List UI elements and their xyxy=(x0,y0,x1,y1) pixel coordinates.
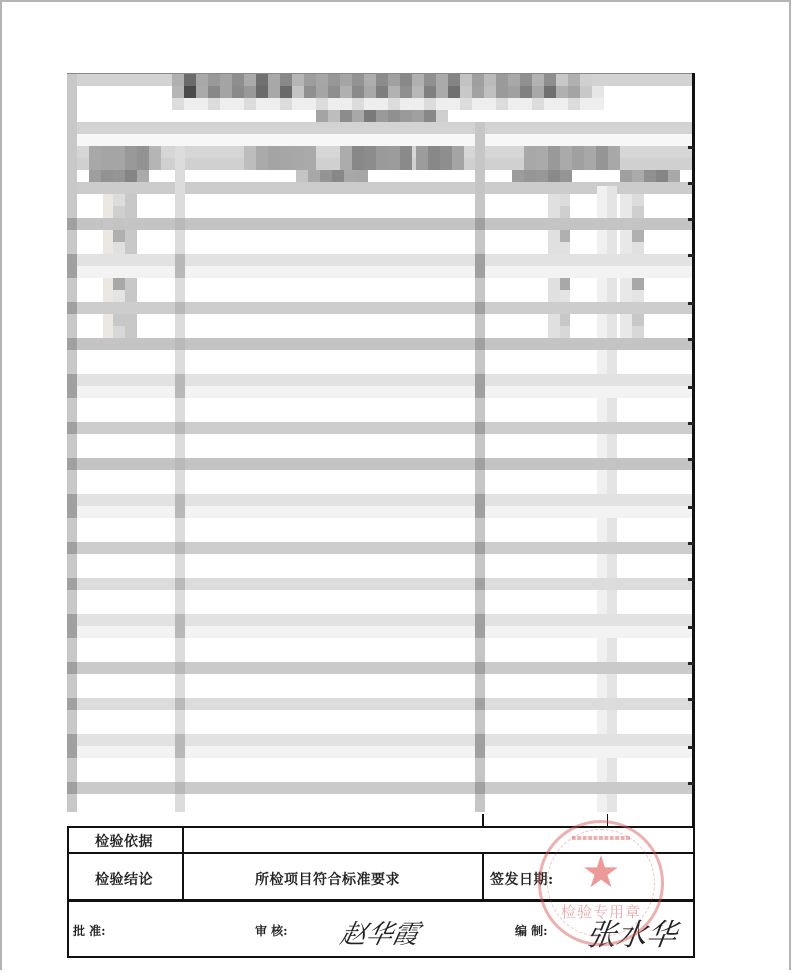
seal-label: 检验专用章 xyxy=(541,901,661,922)
row-tick xyxy=(688,254,694,257)
row-tick xyxy=(688,698,694,701)
row-tick xyxy=(688,746,694,749)
row-tick xyxy=(688,578,694,581)
column-line xyxy=(182,826,184,900)
basis-label: 检验依据 xyxy=(95,831,153,851)
row-tick xyxy=(688,302,694,305)
row-tick xyxy=(688,626,694,629)
official-seal: ▪▪▪▪▪▪▪▪▪▪▪ ★ 检验专用章 xyxy=(538,820,664,946)
row-tick xyxy=(688,458,694,461)
approve-label: 批 准: xyxy=(73,922,106,939)
review-signature: 赵华霞 xyxy=(337,914,423,951)
row-tick xyxy=(688,386,694,389)
seal-ring-text: ▪▪▪▪▪▪▪▪▪▪▪ xyxy=(541,833,661,842)
row-tick xyxy=(688,218,694,221)
row-tick xyxy=(688,422,694,425)
row-tick xyxy=(688,506,694,509)
row-tick xyxy=(688,338,694,341)
row-tick xyxy=(688,182,694,185)
review-label: 审 核: xyxy=(255,922,288,939)
compile-label: 编 制: xyxy=(515,922,548,939)
column-tick xyxy=(482,814,484,826)
row-tick xyxy=(688,542,694,545)
conclusion-label: 检验结论 xyxy=(95,869,153,889)
row-tick xyxy=(688,782,694,785)
conclusion-value: 所检项目符合标准要求 xyxy=(255,869,400,889)
column-line xyxy=(482,853,484,900)
row-tick xyxy=(688,662,694,665)
star-icon: ★ xyxy=(541,851,661,895)
table-right-border xyxy=(692,73,695,826)
row-tick xyxy=(688,146,694,149)
table-top-border xyxy=(67,73,694,74)
